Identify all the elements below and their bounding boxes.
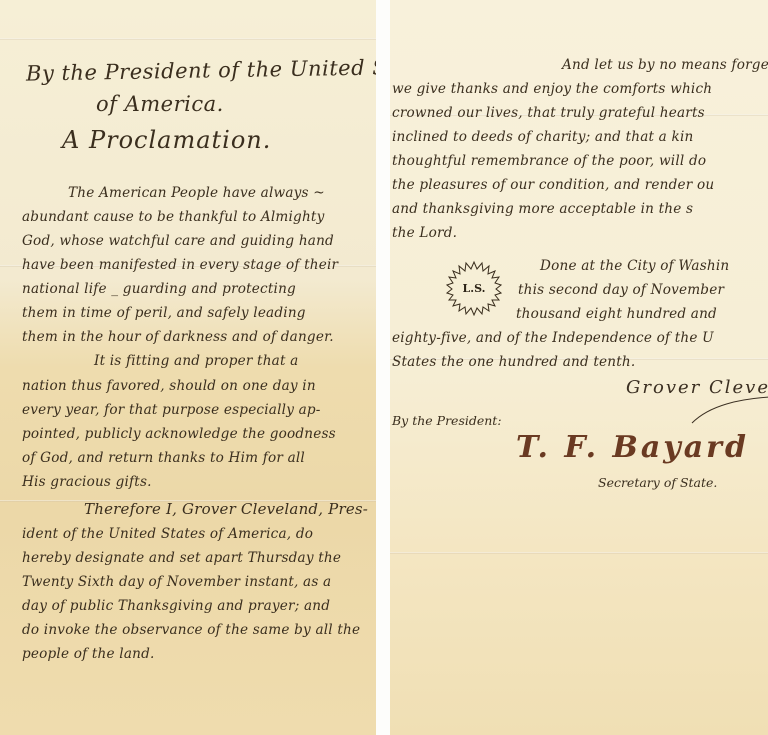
- text-line: Twenty Sixth day of November instant, as…: [22, 574, 331, 590]
- text-line: thousand eight hundred and: [516, 306, 717, 322]
- secretary-signature: T. F. Bayard: [516, 430, 749, 465]
- text-line: have been manifested in every stage of t…: [22, 257, 338, 273]
- text-line: every year, for that purpose especially …: [22, 402, 321, 418]
- text-line: them in the hour of darkness and of dang…: [22, 329, 334, 345]
- text-line: Therefore I, Grover Cleveland, Pres-: [84, 500, 368, 518]
- text-line: nation thus favored, should on one day i…: [22, 378, 316, 394]
- text-line: And let us by no means forget: [562, 57, 768, 73]
- heading-line-1: By the President of the United States: [26, 54, 376, 85]
- seal-ls: L.S.: [446, 260, 502, 316]
- text-line: It is fitting and proper that a: [94, 353, 298, 369]
- text-line: we give thanks and enjoy the comforts wh…: [392, 81, 712, 97]
- proclamation-page-left: By the President of the United States of…: [0, 0, 376, 735]
- text-line: Done at the City of Washin: [540, 258, 729, 274]
- text-line: of God, and return thanks to Him for all: [22, 450, 305, 466]
- text-line: do invoke the observance of the same by …: [22, 622, 360, 638]
- fold-line: [0, 38, 376, 40]
- text-line: inclined to deeds of charity; and that a…: [392, 129, 693, 145]
- text-line: this second day of November: [518, 282, 724, 298]
- text-line: abundant cause to be thankful to Almight…: [22, 209, 324, 225]
- text-line: day of public Thanksgiving and prayer; a…: [22, 598, 330, 614]
- signature-flourish-icon: [690, 395, 768, 425]
- text-line: His gracious gifts.: [22, 474, 152, 490]
- text-line: national life _ guarding and protecting: [22, 281, 296, 297]
- seal-label: L.S.: [446, 260, 502, 316]
- text-line: the pleasures of our condition, and rend…: [392, 177, 714, 193]
- text-line: God, whose watchful care and guiding han…: [22, 233, 334, 249]
- proclamation-page-right: And let us by no means forget we give th…: [390, 0, 768, 735]
- heading-line-2: of America.: [96, 92, 224, 116]
- text-line: pointed, publicly acknowledge the goodne…: [22, 426, 336, 442]
- by-the-president-label: By the President:: [392, 413, 502, 428]
- proclamation-title: A Proclamation.: [62, 126, 271, 154]
- text-line: the Lord.: [392, 225, 457, 241]
- text-line: thoughtful remembrance of the poor, will…: [392, 153, 706, 169]
- text-line: eighty-five, and of the Independence of …: [392, 330, 714, 346]
- text-line: hereby designate and set apart Thursday …: [22, 550, 341, 566]
- text-line: crowned our lives, that truly grateful h…: [392, 105, 705, 121]
- text-line: them in time of peril, and safely leadin…: [22, 305, 306, 321]
- text-line: The American People have always ~: [68, 185, 325, 201]
- secretary-title: Secretary of State.: [598, 475, 717, 490]
- text-line: States the one hundred and tenth.: [392, 354, 635, 370]
- text-line: ident of the United States of America, d…: [22, 526, 313, 542]
- text-line: and thanksgiving more acceptable in the …: [392, 201, 693, 217]
- fold-line: [390, 552, 768, 554]
- text-line: people of the land.: [22, 646, 155, 662]
